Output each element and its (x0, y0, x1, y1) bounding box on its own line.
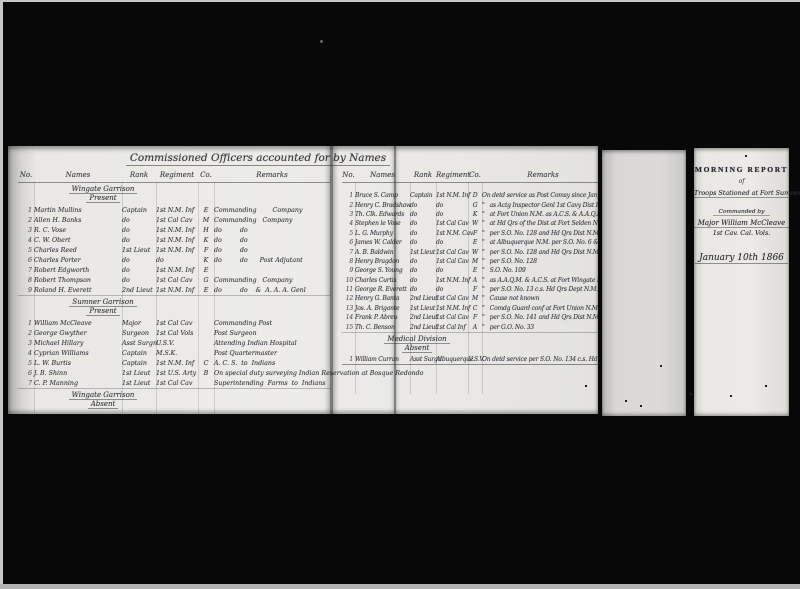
officer-name: C. P. Manning (34, 380, 122, 387)
officer-name: C. W. Obert (34, 237, 122, 244)
column-line (410, 182, 411, 394)
officer-remarks: On detd service as Post Comsy since Jany… (482, 192, 598, 199)
officer-row: 5 L. W. Burtis Captain 1st N.M. Inf C A.… (18, 358, 330, 368)
scan-frame-edge (0, 0, 800, 2)
cover-commanded-label: Commanded by (713, 209, 771, 216)
officer-company: G (198, 277, 214, 284)
officer-company: E (198, 287, 214, 294)
row-number: 14 (342, 314, 355, 321)
officer-remarks: " per S.O. No. 141 and Hd Qrs Dist N.M. … (482, 314, 598, 321)
officer-company: C (468, 305, 482, 312)
officer-rank: 2nd Lieut (410, 295, 436, 302)
officer-name: Th. Clk. Edwards (355, 211, 410, 218)
cover-title: MORNING REPORT (694, 165, 789, 174)
officer-name: Charles Reed (34, 247, 122, 254)
section-heading: Medical Division Absent (352, 333, 482, 355)
officer-company: H (198, 227, 214, 234)
officer-company: M (468, 295, 482, 302)
officer-remarks: " per G.O. No. 33 (482, 324, 598, 331)
officer-rank: Asst Surgn (410, 356, 436, 363)
officer-rank: Surgeon (122, 330, 156, 337)
officer-company: G (468, 202, 482, 209)
officer-row: 3 Michael Hillary Asst Surgn U.S.V. Atte… (18, 338, 330, 348)
officer-name: A. B. Baldwin (355, 249, 410, 256)
officer-company: K (468, 211, 482, 218)
officer-company: E (198, 267, 214, 274)
row-number: 2 (18, 330, 34, 337)
column-line (436, 182, 437, 394)
officer-regiment: 1st N.M. Inf (156, 227, 198, 234)
officer-rank: Captain (122, 350, 156, 357)
officer-row: 4 Cyprian Williams Captain M.S.K. Post Q… (18, 348, 330, 358)
officer-regiment: do (436, 267, 468, 274)
binding-crease (330, 146, 333, 414)
officer-regiment: 1st N.M. Inf (436, 192, 468, 199)
officer-regiment: 1st Cal Inf (436, 324, 468, 331)
officer-company: D (468, 192, 482, 199)
table-header: No. Names Rank Regiment Co. Remarks (342, 168, 598, 182)
officer-name: George Gwyther (34, 330, 122, 337)
officer-company: W (468, 220, 482, 227)
officer-row: 13 Jos. A. Brigante 1st Lieut 1st N.M. I… (342, 304, 598, 313)
officer-name: Cyprian Williams (34, 350, 122, 357)
officer-remarks: On special duty surveying Indian Reserva… (214, 370, 423, 377)
garrison-name: Sumner Garrison (69, 298, 136, 307)
row-number: 2 (342, 202, 355, 209)
officer-name: William Curran (355, 356, 410, 363)
officer-remarks: Commanding Post (214, 320, 330, 327)
officer-row: 5 L. G. Murphy do 1st N.M. Cav F " per S… (342, 229, 598, 238)
section2-rows: 1 William McCleave Major 1st Cal Cav Com… (18, 318, 330, 388)
officer-row: 12 Henry G. Banta 2nd Lieut 1st Cal Cav … (342, 294, 598, 303)
officer-name: R. C. Vose (34, 227, 122, 234)
garrison-name: Wingate Garrison (69, 391, 138, 400)
column-line (468, 182, 469, 394)
row-number: 3 (342, 211, 355, 218)
column-line (122, 182, 123, 414)
row-number: 4 (18, 350, 34, 357)
officer-remarks: " per S.O. No. 128 (482, 258, 598, 265)
morning-report-cover: MORNING REPORT of Troops Stationed at Fo… (694, 148, 789, 416)
officer-regiment: do (156, 257, 198, 264)
officer-remarks: do do (214, 227, 330, 234)
officer-regiment: do (436, 211, 468, 218)
paper-fold-crease (394, 146, 396, 414)
closing-rule (342, 364, 598, 365)
officer-remarks: " per S.O. No. 128 and Hd Qrs Dist N.M. … (482, 230, 598, 237)
officer-row: 2 George Gwyther Surgeon 1st Cal Vols Po… (18, 328, 330, 338)
row-number: 1 (342, 192, 355, 199)
officer-row: 4 C. W. Obert do 1st N.M. Inf K do do (18, 235, 330, 245)
officer-regiment: do (436, 202, 468, 209)
officer-company: F (468, 314, 482, 321)
officer-name: George R. Everett (355, 286, 410, 293)
officer-rank: do (122, 227, 156, 234)
row-number: 5 (18, 247, 34, 254)
officer-rank: do (410, 211, 436, 218)
officer-rank: do (122, 277, 156, 284)
officer-company: B (198, 370, 214, 377)
officer-rank: 2nd Lieut (122, 287, 156, 294)
row-number: 10 (342, 277, 355, 284)
officer-rank: do (410, 230, 436, 237)
row-number: 8 (342, 258, 355, 265)
row-number: 9 (342, 267, 355, 274)
officer-name: Roland H. Everett (34, 287, 122, 294)
officer-remarks: " as A.A.Q.M. & A.C.S. at Fort Wingate N… (482, 277, 598, 284)
officer-regiment: 1st Cal Cav (156, 320, 198, 327)
officer-name: Charles Curtis (355, 277, 410, 284)
officer-remarks: " per S.O. No. 13 c.s. Hd Qrs Dept N.M. … (482, 286, 598, 293)
officer-regiment: 1st N.M. Inf (156, 267, 198, 274)
blank-page-strip (602, 150, 686, 416)
officer-company: K (198, 237, 214, 244)
col-names: Names (34, 171, 122, 179)
col-remarks: Remarks (482, 171, 598, 179)
officer-remarks: " Comdg Guard conf at Fort Union N.M. pe… (482, 305, 598, 312)
row-number: 4 (18, 237, 34, 244)
paper-specks (585, 385, 587, 387)
officer-row: 3 Th. Clk. Edwards do do K " at Fort Uni… (342, 210, 598, 219)
officer-rank: 1st Lieut (410, 305, 436, 312)
page-title: Commissioned Officers accounted for by N… (126, 152, 390, 166)
col-regiment: Regiment (436, 171, 468, 179)
officer-rank: do (410, 258, 436, 265)
section1-rows: 1 Martin Mullins Captain 1st N.M. Inf E … (18, 205, 330, 295)
col-no: No. (18, 171, 34, 179)
officer-row: 1 William McCleave Major 1st Cal Cav Com… (18, 318, 330, 328)
officer-row: 7 A. B. Baldwin 1st Lieut 1st Cal Cav W … (342, 247, 598, 256)
officer-regiment: 1st Cal Cav (156, 277, 198, 284)
row-number: 6 (342, 239, 355, 246)
col-remarks: Remarks (214, 171, 330, 179)
officer-remarks: " S.O. No. 109 (482, 267, 598, 274)
officer-remarks: do do (214, 247, 330, 254)
officer-row: 9 George S. Young do do E " S.O. No. 109 (342, 266, 598, 275)
officer-regiment: M.S.K. (156, 350, 198, 357)
column-line (34, 182, 35, 414)
row-number: 3 (18, 340, 34, 347)
officer-row: 3 R. C. Vose do 1st N.M. Inf H do do (18, 225, 330, 235)
officer-remarks: " at Hd Qrs of the Dist at Fort Selden N… (482, 220, 598, 227)
cover-commander-unit: 1st Cav. Cal. Vols. (694, 229, 789, 237)
officer-remarks: do do Post Adjutant (214, 257, 330, 264)
row-number: 6 (18, 257, 34, 264)
row-number: 11 (342, 286, 355, 293)
column-line (482, 182, 483, 394)
officer-row: 8 Henry Bragdon do 1st Cal Cav M " per S… (342, 257, 598, 266)
officer-company: M (468, 258, 482, 265)
column-line (355, 182, 356, 394)
garrison-status: Absent (402, 344, 433, 353)
row-number: 6 (18, 370, 34, 377)
officer-regiment: do (436, 286, 468, 293)
cover-commander: Major William McCleave (694, 219, 789, 228)
officer-name: Henry Bragdon (355, 258, 410, 265)
officer-name: Jos. A. Brigante (355, 305, 410, 312)
row-number: 1 (342, 356, 355, 363)
officer-regiment: do (436, 239, 468, 246)
officer-name: L. W. Burtis (34, 360, 122, 367)
column-line (198, 182, 199, 414)
absent-section-rows: 1 William Curran Asst Surgn Albuquerque … (342, 355, 598, 364)
officer-rank: do (122, 257, 156, 264)
officer-name: Bruce S. Camp (355, 192, 410, 199)
officer-regiment: 1st N.M. Cav (436, 230, 468, 237)
row-number: 3 (18, 227, 34, 234)
col-no: No. (342, 171, 355, 179)
row-number: 7 (18, 380, 34, 387)
officer-rank: Captain (122, 207, 156, 214)
col-names: Names (355, 171, 410, 179)
ledger-spread: Commissioned Officers accounted for by N… (8, 146, 598, 414)
officer-row: 1 William Curran Asst Surgn Albuquerque … (342, 355, 598, 364)
officer-company: C (198, 360, 214, 367)
officer-name: Frank P. Abreu (355, 314, 410, 321)
officer-regiment: 1st Cal Cav (436, 249, 468, 256)
officer-remarks: do do (214, 237, 330, 244)
officer-name: Robert Thompson (34, 277, 122, 284)
table-header: No. Names Rank Regiment Co. Remarks (18, 168, 330, 182)
officers-table-left: No. Names Rank Regiment Co. Remarks Wing… (18, 168, 330, 411)
officer-company: F (468, 286, 482, 293)
officer-rank: do (410, 267, 436, 274)
officer-name: Martin Mullins (34, 207, 122, 214)
officer-company: A (468, 324, 482, 331)
row-number: 15 (342, 324, 355, 331)
officer-rank: do (410, 277, 436, 284)
officer-name: Stephen le Vose (355, 220, 410, 227)
row-number: 4 (342, 220, 355, 227)
officer-row: 7 Robert Edgworth do 1st N.M. Inf E (18, 265, 330, 275)
officer-row: 15 Th. C. Benson 2nd Lieut 1st Cal Inf A… (342, 322, 598, 331)
officer-regiment: 1st Cal Vols (156, 330, 198, 337)
officer-company: A (468, 277, 482, 284)
officer-row: 7 C. P. Manning 1st Lieut 1st Cal Cav Su… (18, 378, 330, 388)
officer-name: George S. Young (355, 267, 410, 274)
garrison-status: Absent (88, 400, 119, 409)
officer-regiment: 1st N.M. Inf (156, 247, 198, 254)
officer-name: Robert Edgworth (34, 267, 122, 274)
officer-rank: 2nd Lieut (410, 314, 436, 321)
officer-regiment: Albuquerque (436, 356, 468, 363)
officer-rank: do (410, 239, 436, 246)
officer-row: 14 Frank P. Abreu 2nd Lieut 1st Cal Cav … (342, 313, 598, 322)
officer-regiment: 1st Cal Cav (436, 258, 468, 265)
officer-row: 1 Martin Mullins Captain 1st N.M. Inf E … (18, 205, 330, 215)
row-number: 12 (342, 295, 355, 302)
officer-row: 6 Charles Porter do do K do do Post Adju… (18, 255, 330, 265)
officer-regiment: 1st Cal Cav (436, 295, 468, 302)
officer-remarks: Attending Indian Hospital (214, 340, 330, 347)
officer-regiment: 1st N.M. Inf (436, 305, 468, 312)
scan-frame-edge (0, 584, 800, 589)
officer-company: E (198, 207, 214, 214)
officer-company: M (198, 217, 214, 224)
officer-regiment: 1st U.S. Arty (156, 370, 198, 377)
officer-company: K (198, 257, 214, 264)
officer-remarks: " Cause not known (482, 295, 598, 302)
officer-row: 2 Henry C. Bradshaw do do G " as Actg In… (342, 200, 598, 209)
officer-name: L. G. Murphy (355, 230, 410, 237)
officer-company: F (468, 230, 482, 237)
officer-company: W (468, 249, 482, 256)
officer-row: 4 Stephen le Vose do 1st Cal Cav W " at … (342, 219, 598, 228)
section-heading: Wingate Garrison Absent (18, 389, 188, 411)
officer-remarks: Commanding Company (214, 277, 330, 284)
officer-row: 9 Roland H. Everett 2nd Lieut 1st N.M. I… (18, 285, 330, 295)
garrison-status: Present (86, 307, 119, 316)
officer-remarks: " at Fort Union N.M. as A.C.S. & A.A.Q.M… (482, 211, 598, 218)
officer-row: 11 George R. Everett do do F " per S.O. … (342, 285, 598, 294)
officer-remarks: Superintending Farms to Indians (214, 380, 330, 387)
row-number: 5 (18, 360, 34, 367)
officer-name: Henry G. Banta (355, 295, 410, 302)
officer-regiment: 1st Cal Cav (156, 217, 198, 224)
officer-name: Allen H. Banks (34, 217, 122, 224)
officer-remarks: " at Albuquerque N.M. per S.O. No. 6 & H… (482, 239, 598, 246)
officer-name: William McCleave (34, 320, 122, 327)
officer-regiment: 1st N.M. Inf (156, 237, 198, 244)
officer-regiment: 1st N.M. Inf (156, 287, 198, 294)
officer-name: Th. C. Benson (355, 324, 410, 331)
row-number: 1 (18, 320, 34, 327)
officer-rank: do (410, 286, 436, 293)
col-rank: Rank (122, 171, 156, 179)
officer-remarks: Commanding Company (214, 217, 330, 224)
officer-name: Michael Hillary (34, 340, 122, 347)
officer-row: 5 Charles Reed 1st Lieut 1st N.M. Inf F … (18, 245, 330, 255)
officer-remarks: On detd service per S.O. No. 134 c.s. Hd… (482, 356, 598, 363)
officers-table-right: No. Names Rank Regiment Co. Remarks 1 Br… (342, 168, 598, 365)
garrison-name: Wingate Garrison (69, 185, 138, 194)
officer-remarks: " as Actg Inspector Genl 1st Cavy Dist H… (482, 202, 598, 209)
officer-row: 10 Charles Curtis do 1st N.M. Inf A " as… (342, 276, 598, 285)
col-rank: Rank (410, 171, 436, 179)
officer-regiment: 1st Cal Cav (156, 380, 198, 387)
officer-company: U.S.V. (468, 356, 482, 363)
garrison-status: Present (86, 194, 119, 203)
officer-company: E (468, 267, 482, 274)
row-number: 8 (18, 277, 34, 284)
col-co: Co. (468, 171, 482, 179)
officer-rank: do (122, 267, 156, 274)
officer-name: J. B. Shinn (34, 370, 122, 377)
officer-name: Charles Porter (34, 257, 122, 264)
officer-company: F (198, 247, 214, 254)
officer-regiment: U.S.V. (156, 340, 198, 347)
officer-rank: Major (122, 320, 156, 327)
section-heading: Sumner Garrison Present (18, 296, 188, 318)
dust-speck (320, 40, 323, 43)
officer-company: E (468, 239, 482, 246)
officer-rank: 1st Lieut (122, 370, 156, 377)
cover-unit-line: Troops Stationed at Fort Sumner N.M. (694, 189, 789, 198)
officer-remarks: Post Surgeon (214, 330, 330, 337)
officer-regiment: 1st N.M. Inf (156, 360, 198, 367)
officer-row: 6 James W. Calder do do E " at Albuquerq… (342, 238, 598, 247)
officer-remarks: A. C. S. to Indians (214, 360, 330, 367)
officer-name: Henry C. Bradshaw (355, 202, 410, 209)
scanned-photo: Commissioned Officers accounted for by N… (0, 0, 800, 589)
section-heading: Wingate Garrison Present (18, 183, 188, 205)
officer-rank: 1st Lieut (122, 380, 156, 387)
officer-rank: 1st Lieut (410, 249, 436, 256)
cover-of-label: of (694, 178, 789, 185)
row-number: 1 (18, 207, 34, 214)
col-co: Co. (198, 171, 214, 179)
officer-regiment: 1st Cal Cav (436, 220, 468, 227)
absent-officer-rows: 1 Bruce S. Camp Captain 1st N.M. Inf D O… (342, 191, 598, 332)
row-number: 2 (18, 217, 34, 224)
column-line (156, 182, 157, 414)
row-number: 9 (18, 287, 34, 294)
col-regiment: Regiment (156, 171, 198, 179)
officer-remarks: do do & A. A. A. Genl (214, 287, 330, 294)
officer-name: James W. Calder (355, 239, 410, 246)
officer-row: 8 Robert Thompson do 1st Cal Cav G Comma… (18, 275, 330, 285)
officer-rank: do (122, 217, 156, 224)
officer-remarks: Post Quartermaster (214, 350, 330, 357)
row-number: 7 (18, 267, 34, 274)
officer-row: 2 Allen H. Banks do 1st Cal Cav M Comman… (18, 215, 330, 225)
column-line (214, 182, 215, 414)
officer-remarks: Commanding Company (214, 207, 330, 214)
officer-rank: Captain (410, 192, 436, 199)
officer-rank: do (410, 202, 436, 209)
officer-remarks: " per S.O. No. 128 and Hd Qrs Dist N.M. … (482, 249, 598, 256)
scan-frame-edge (0, 0, 3, 585)
row-number: 13 (342, 305, 355, 312)
officer-rank: 2nd Lieut (410, 324, 436, 331)
officer-rank: 1st Lieut (122, 247, 156, 254)
officer-row: 1 Bruce S. Camp Captain 1st N.M. Inf D O… (342, 191, 598, 200)
officer-row: 6 J. B. Shinn 1st Lieut 1st U.S. Arty B … (18, 368, 330, 378)
officer-rank: Asst Surgn (122, 340, 156, 347)
officer-regiment: 1st Cal Cav (436, 314, 468, 321)
cover-date: January 10th 1866 (695, 253, 788, 264)
officer-regiment: 1st N.M. Inf (436, 277, 468, 284)
row-number: 7 (342, 249, 355, 256)
officer-regiment: 1st N.M. Inf (156, 207, 198, 214)
row-number: 5 (342, 230, 355, 237)
officer-rank: do (410, 220, 436, 227)
officer-rank: Captain (122, 360, 156, 367)
officer-rank: do (122, 237, 156, 244)
